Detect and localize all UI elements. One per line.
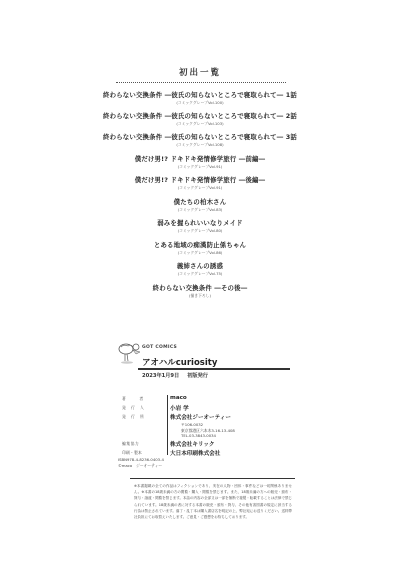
- entry-source: (コミックグレープVol.80): [0, 228, 400, 234]
- entry-title: 終わらない交換条件 ―その後―: [0, 283, 400, 292]
- toc-entry: 終わらない交換条件 ―彼氏の知らないところで寝取られて― 2話 (コミックグレー…: [0, 111, 400, 127]
- toc-entry: 終わらない交換条件 ―彼氏の知らないところで寝取られて― 1話 (コミックグレー…: [0, 90, 400, 106]
- dotted-divider: [116, 82, 286, 83]
- entry-source: (描き下ろし): [0, 293, 400, 299]
- publication-info: 2023年1月9日初版発行: [142, 372, 208, 379]
- entry-source: (コミックグレープVol.108): [0, 142, 400, 148]
- toc-entry: 僕だけ男!? ドキドキ発情修学旅行 ―前編― (コミックグレープVol.91): [0, 154, 400, 170]
- publisher-person-value: 小岩 学: [170, 404, 189, 412]
- entry-source: (コミックグレープVol.83): [0, 207, 400, 213]
- entry-source: (コミックグレープVol.103): [0, 121, 400, 127]
- author-label: 著 者: [122, 396, 162, 402]
- toc-entry: 僕だけ男!? ドキドキ発情修学旅行 ―後編― (コミックグレープVol.91): [0, 175, 400, 191]
- entry-title: 弱みを握られいいなりメイド: [0, 218, 400, 227]
- toc-title: 初出一覧: [0, 66, 400, 78]
- entry-source: (コミックグレープVol.100): [0, 100, 400, 106]
- copyright: ©maco ジーオーティー: [118, 463, 164, 469]
- entry-source: (コミックグレープVol.86): [0, 250, 400, 256]
- entry-title: 僕だけ男!? ドキドキ発情修学旅行 ―後編―: [0, 175, 400, 184]
- publisher-value: 株式会社ジーオーティー: [170, 413, 231, 421]
- notice-divider: [130, 478, 295, 479]
- colophon-divider: [167, 395, 168, 455]
- entry-source: (コミックグレープVol.91): [0, 185, 400, 191]
- imprint-label: GOT COMICS: [142, 345, 177, 350]
- isbn-block: ISBN978-4-8236-0403-4 ©maco ジーオーティー: [118, 457, 164, 469]
- entry-title: 終わらない交換条件 ―彼氏の知らないところで寝取られて― 3話: [0, 132, 400, 141]
- edition-label: 初版発行: [187, 373, 208, 379]
- title-divider: [138, 368, 290, 370]
- entry-title: とある地域の痴漢防止係ちゃん: [0, 240, 400, 249]
- entry-source: (コミックグレープVol.75): [0, 271, 400, 277]
- entry-title: 義姉さんの誘惑: [0, 261, 400, 270]
- toc-entry: 義姉さんの誘惑 (コミックグレープVol.75): [0, 261, 400, 277]
- printer-value: 大日本印刷株式会社: [170, 449, 220, 457]
- author-value: maco: [170, 395, 187, 401]
- publication-date: 2023年1月9日: [142, 373, 179, 379]
- toc-entry: 終わらない交換条件 ―彼氏の知らないところで寝取られて― 3話 (コミックグレー…: [0, 132, 400, 148]
- publisher-address: 〒106-0032 東京都港区六本木3-16-13-408 TEL.03-384…: [181, 422, 235, 439]
- publisher-label: 発 行 所: [122, 414, 162, 420]
- editor-value: 株式会社キリック: [170, 440, 215, 448]
- publisher-person-label: 発 行 人: [122, 405, 162, 411]
- editor-label: 編集協力: [122, 441, 162, 447]
- entry-title: 終わらない交換条件 ―彼氏の知らないところで寝取られて― 2話: [0, 111, 400, 120]
- entry-title: 僕だけ男!? ドキドキ発情修学旅行 ―前編―: [0, 154, 400, 163]
- entry-title: 終わらない交換条件 ―彼氏の知らないところで寝取られて― 1話: [0, 90, 400, 99]
- toc-entry: とある地域の痴漢防止係ちゃん (コミックグレープVol.86): [0, 240, 400, 256]
- book-title: アオハルcuriosity: [142, 356, 217, 368]
- toc-entry: 終わらない交換条件 ―その後― (描き下ろし): [0, 283, 400, 299]
- toc-entry: 弱みを握られいいなりメイド (コミックグレープVol.80): [0, 218, 400, 234]
- entry-source: (コミックグレープVol.91): [0, 164, 400, 170]
- entry-title: 僕たちの柏木さん: [0, 197, 400, 206]
- toc-entry: 僕たちの柏木さん (コミックグレープVol.83): [0, 197, 400, 213]
- phone-number: TEL.03-3843-0034: [181, 433, 235, 439]
- printer-label: 印刷・製本: [122, 450, 162, 456]
- legal-notice: ※本書掲載の全ての作品はフィクションであり、実在の人物・団体・事件などは一切関係…: [134, 483, 292, 520]
- got-comics-mascot-icon: [116, 341, 144, 365]
